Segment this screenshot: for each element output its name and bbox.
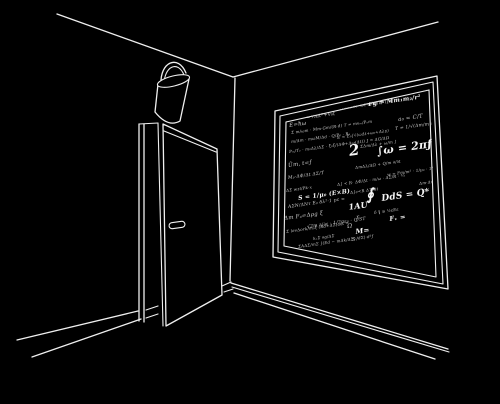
ceiling-edge-left [57, 14, 233, 77]
baseboard-right-bottom [234, 293, 435, 359]
door-frame [139, 123, 158, 322]
door-edge-thickness [158, 123, 163, 326]
baseboard-left-corner-bottom [224, 289, 233, 292]
ceiling-edges [57, 14, 438, 77]
baseboard-right-top [231, 283, 448, 349]
baseboard-left-gap-top [146, 306, 158, 310]
wall-corner-line [230, 78, 235, 281]
blackboard [273, 76, 448, 289]
baseboard-left-gap-bottom [146, 314, 158, 318]
door-lintel [139, 123, 158, 124]
baseboard-right [231, 283, 449, 359]
room-drawing: √F·E, δΣl = μ₀I₁I₂/2πd ℓ=¹⁄₂at²+v₀tx = Δ… [0, 0, 500, 404]
blackboard-surface [284, 90, 436, 277]
baseboard-left-top [17, 311, 138, 340]
baseboard-left-bottom [32, 319, 141, 357]
baseboard-right-mid [232, 287, 449, 352]
line-art [0, 0, 500, 404]
door [158, 123, 222, 326]
bucket [155, 62, 191, 123]
ceiling-edge-right [233, 22, 438, 77]
baseboard-left-corner-top [222, 282, 231, 286]
